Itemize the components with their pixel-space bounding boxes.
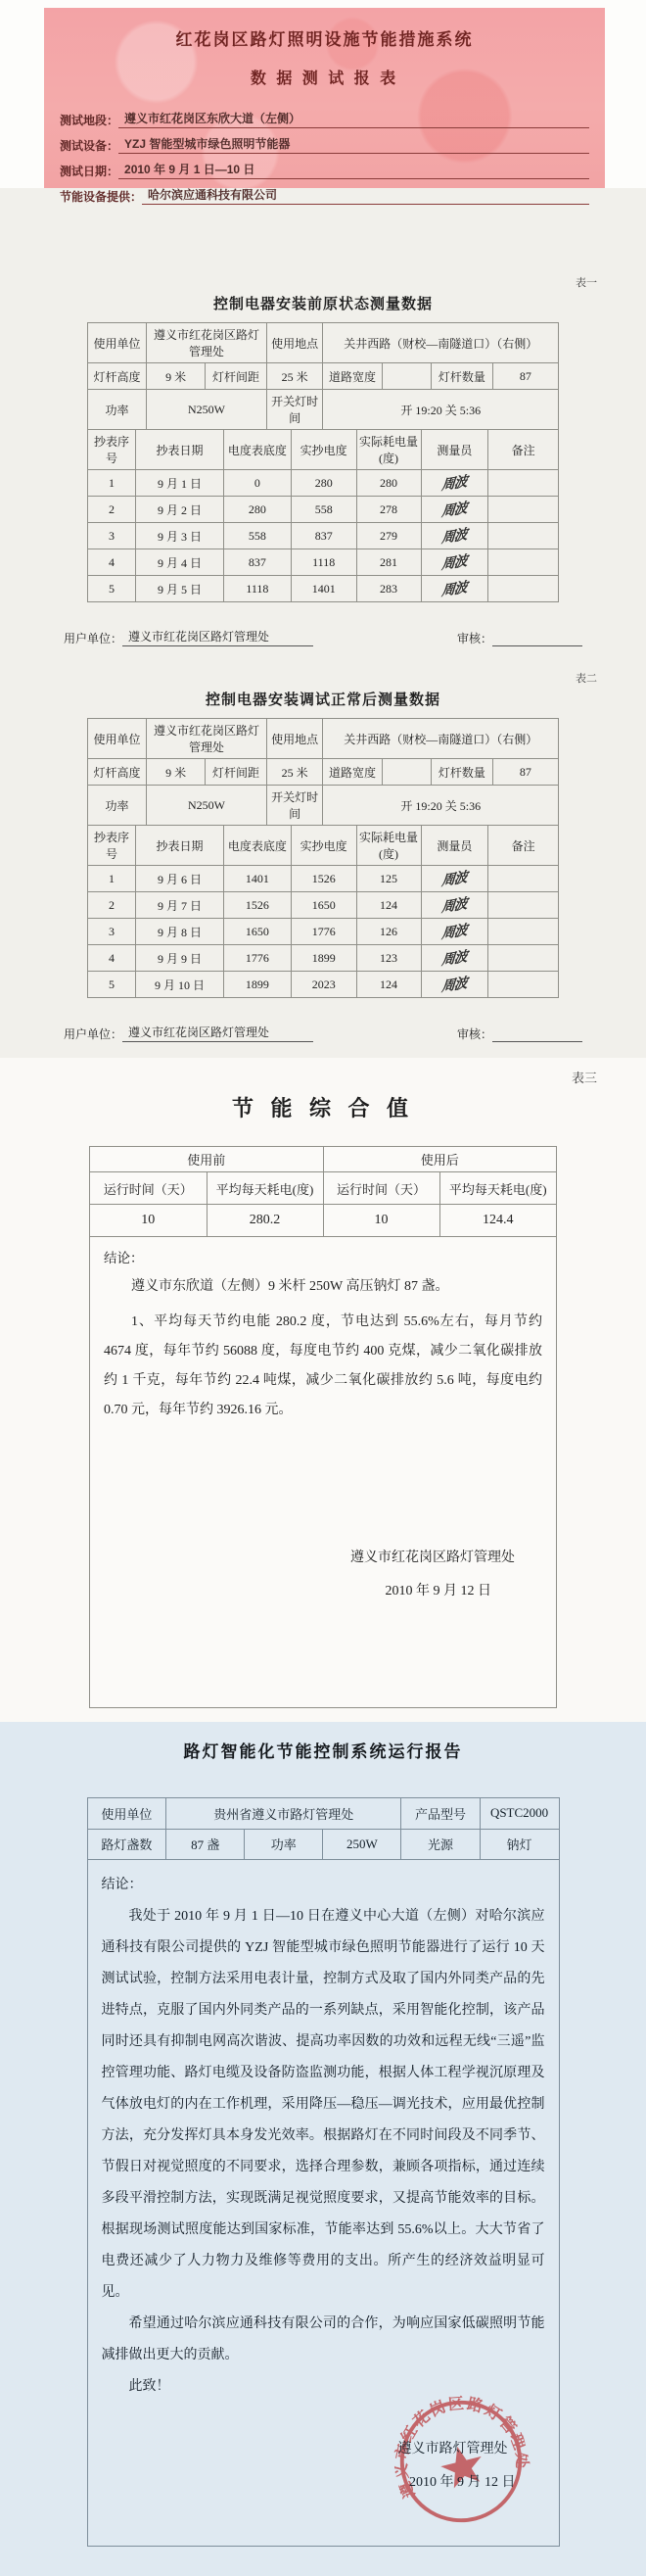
value-cell: N250W — [147, 786, 267, 826]
cell: 837 — [291, 523, 356, 549]
cell: 1526 — [291, 866, 356, 892]
user-unit-value: 遵义市红花岗区路灯管理处 — [122, 1024, 313, 1042]
cell: 124 — [356, 972, 421, 998]
cell — [488, 523, 559, 549]
report-cover-card: 红花岗区路灯照明设施节能措施系统 数 据 测 试 报 表 测试地段： 遵义市红花… — [44, 8, 605, 188]
col-header: 备注 — [488, 826, 559, 866]
label-cell: 灯杆数量 — [432, 759, 493, 786]
label-cell: 开关灯时间 — [266, 786, 323, 826]
measurer-signature: 周波 — [441, 550, 468, 575]
table2-info: 使用单位 遵义市红花岗区路灯管理处 使用地点 关井西路（财校—南隧道口）（右侧）… — [87, 718, 559, 826]
value-cell: 关井西路（财校—南隧道口）（右侧） — [323, 719, 559, 759]
col-header: 测量员 — [421, 826, 488, 866]
cell: 9 月 9 日 — [136, 945, 224, 972]
cell — [488, 945, 559, 972]
field-label: 节能设备提供： — [60, 188, 142, 205]
cell: 周波 — [421, 945, 488, 972]
table-header-row: 抄表序号 抄表日期 电度表底度 实抄电度 实际耗电量(度) 测量员 备注 — [88, 430, 559, 470]
field-value: 2010 年 9 月 1 日—10 日 — [118, 161, 589, 179]
table-row: 1 9 月 1 日 0 280 280 周波 — [88, 470, 559, 497]
field-test-location: 测试地段： 遵义市红花岗区东欣大道（左侧） — [60, 110, 589, 128]
cell: 周波 — [421, 972, 488, 998]
cell: 126 — [356, 919, 421, 945]
col-header: 电度表底度 — [223, 430, 291, 470]
label-cell: 产品型号 — [401, 1798, 480, 1829]
cell: 279 — [356, 523, 421, 549]
table3-tag: 表三 — [0, 1068, 646, 1086]
report-info-table: 使用单位 贵州省遵义市路灯管理处 产品型号 QSTC2000 路灯盏数 87 盏… — [88, 1798, 559, 1860]
cell: 周波 — [421, 523, 488, 549]
signature-date: 2010 年 9 月 12 日 — [104, 1580, 491, 1599]
field-value: 哈尔滨应通科技有限公司 — [142, 186, 589, 205]
cell — [488, 576, 559, 602]
table-row: 4 9 月 9 日 1776 1899 123 周波 — [88, 945, 559, 972]
cover-fields: 测试地段： 遵义市红花岗区东欣大道（左侧） 测试设备： YZJ 智能型城市绿色照… — [60, 110, 589, 205]
table-row: 4 9 月 4 日 837 1118 281 周波 — [88, 549, 559, 576]
cell: 3 — [88, 919, 136, 945]
label-cell: 灯杆间距 — [206, 363, 267, 390]
official-seal-stamp: 遵义市红花岗区路灯管理处 — [380, 2380, 541, 2542]
table1-block: 表一 控制电器安装前原状态测量数据 使用单位 遵义市红花岗区路灯管理处 使用地点… — [0, 274, 646, 646]
measurer-signature: 周波 — [441, 471, 468, 496]
label-cell: 灯杆高度 — [88, 759, 147, 786]
measurer-signature: 周波 — [441, 867, 468, 891]
col-header: 备注 — [488, 430, 559, 470]
value-cell: 10 — [323, 1205, 439, 1237]
measurer-signature: 周波 — [441, 946, 468, 971]
cell: 9 月 5 日 — [136, 576, 224, 602]
cell: 9 月 4 日 — [136, 549, 224, 576]
report-signature: 遵义市红花岗区路灯管理处 遵义市路灯管理处 2010 年 9 月 12 日 — [102, 2410, 545, 2540]
cell: 2 — [88, 892, 136, 919]
cell: 周波 — [421, 866, 488, 892]
value-cell: 9 米 — [147, 363, 206, 390]
cell: 3 — [88, 523, 136, 549]
cell: 4 — [88, 549, 136, 576]
value-cell: 贵州省遵义市路灯管理处 — [166, 1798, 401, 1829]
label-cell: 功率 — [88, 786, 147, 826]
field-device-provider: 节能设备提供： 哈尔滨应通科技有限公司 — [60, 186, 589, 205]
cell: 周波 — [421, 919, 488, 945]
value-cell: 开 19:20 关 5:36 — [323, 786, 559, 826]
cell — [488, 972, 559, 998]
value-cell: 钠灯 — [480, 1829, 558, 1859]
cell: 1650 — [223, 919, 291, 945]
col-header: 电度表底度 — [223, 826, 291, 866]
value-cell: 87 盏 — [166, 1829, 245, 1859]
cell: 2023 — [291, 972, 356, 998]
report-title-line2: 数 据 测 试 报 表 — [60, 66, 589, 88]
cell: 1118 — [223, 576, 291, 602]
label-cell: 开关灯时间 — [266, 390, 323, 430]
table-row: 5 9 月 10 日 1899 2023 124 周波 — [88, 972, 559, 998]
cell: 9 月 7 日 — [136, 892, 224, 919]
col-header: 平均每天耗电(度) — [439, 1172, 556, 1205]
cell — [488, 497, 559, 523]
label-cell: 使用地点 — [266, 719, 323, 759]
cell: 281 — [356, 549, 421, 576]
user-unit-value: 遵义市红花岗区路灯管理处 — [122, 628, 313, 646]
table-row: 3 9 月 3 日 558 837 279 周波 — [88, 523, 559, 549]
table1-footer: 用户单位： 遵义市红花岗区路灯管理处 审核： — [64, 628, 582, 646]
cell: 1118 — [291, 549, 356, 576]
col-header: 实际耗电量(度) — [356, 430, 421, 470]
cell: 5 — [88, 576, 136, 602]
value-cell: 25 米 — [266, 759, 323, 786]
report-title: 路灯智能化节能控制系统运行报告 — [0, 1738, 646, 1762]
conclusion-label: 结论： — [102, 1870, 545, 1901]
cell: 周波 — [421, 892, 488, 919]
table-row: 1 9 月 6 日 1401 1526 125 周波 — [88, 866, 559, 892]
field-test-device: 测试设备： YZJ 智能型城市绿色照明节能器 — [60, 135, 589, 154]
cell: 1401 — [291, 576, 356, 602]
report-title-line1: 红花岗区路灯照明设施节能措施系统 — [60, 25, 589, 50]
cell: 124 — [356, 892, 421, 919]
value-cell: 87 — [492, 363, 558, 390]
table-row: 2 9 月 7 日 1526 1650 124 周波 — [88, 892, 559, 919]
cell: 9 月 6 日 — [136, 866, 224, 892]
label-cell: 灯杆高度 — [88, 363, 147, 390]
cell: 5 — [88, 972, 136, 998]
value-cell: 关井西路（财校—南隧道口）（右侧） — [323, 323, 559, 363]
report-paragraph-2: 希望通过哈尔滨应通科技有限公司的合作，为响应国家低碳照明节能减排做出更大的贡献。 — [102, 2309, 545, 2371]
cell: 283 — [356, 576, 421, 602]
cell: 1526 — [223, 892, 291, 919]
cell: 837 — [223, 549, 291, 576]
col-header: 抄表日期 — [136, 430, 224, 470]
measurement-tables-section: 表一 控制电器安装前原状态测量数据 使用单位 遵义市红花岗区路灯管理处 使用地点… — [0, 188, 646, 1058]
field-label: 测试设备： — [60, 137, 118, 154]
value-cell: 124.4 — [439, 1205, 556, 1237]
label-cell: 使用单位 — [88, 323, 147, 363]
cell — [488, 866, 559, 892]
col-header: 运行时间（天） — [323, 1172, 439, 1205]
report-conclusion: 结论： 我处于 2010 年 9 月 1 日—10 日在遵义中心大道（左侧）对哈… — [88, 1860, 559, 2546]
review-blank-line — [492, 633, 582, 646]
conclusion-line: 遵义市东欣道（左侧）9 米杆 250W 高压钠灯 87 盏。 — [104, 1272, 542, 1302]
table1-tag: 表一 — [0, 274, 646, 290]
measurer-signature: 周波 — [441, 524, 468, 549]
signature-org: 遵义市红花岗区路灯管理处 — [104, 1547, 515, 1566]
label-cell: 使用单位 — [88, 1798, 166, 1829]
cell: 1 — [88, 866, 136, 892]
review-label: 审核： — [457, 630, 492, 646]
value-cell: 25 米 — [266, 363, 323, 390]
label-cell: 使用地点 — [266, 323, 323, 363]
user-unit-label: 用户单位： — [64, 1026, 122, 1042]
cell: 周波 — [421, 549, 488, 576]
cell: 558 — [223, 523, 291, 549]
table2-block: 表二 控制电器安装调试正常后测量数据 使用单位 遵义市红花岗区路灯管理处 使用地… — [0, 670, 646, 1042]
cell — [488, 470, 559, 497]
value-cell: 87 — [492, 759, 558, 786]
label-cell: 路灯盏数 — [88, 1829, 166, 1859]
conclusion-item: 1、平均每天节约电能 280.2 度，节电达到 55.6%左右，每月节约 467… — [104, 1308, 542, 1425]
label-cell: 灯杆间距 — [206, 759, 267, 786]
col-header: 抄表序号 — [88, 826, 136, 866]
report-paragraph-1: 我处于 2010 年 9 月 1 日—10 日在遵义中心大道（左侧）对哈尔滨应通… — [102, 1901, 545, 2309]
table-row: 5 9 月 5 日 1118 1401 283 周波 — [88, 576, 559, 602]
cell: 558 — [291, 497, 356, 523]
scanned-report-page: 红花岗区路灯照明设施节能措施系统 数 据 测 试 报 表 测试地段： 遵义市红花… — [0, 0, 646, 2576]
field-label: 测试地段： — [60, 112, 118, 128]
field-test-date: 测试日期： 2010 年 9 月 1 日—10 日 — [60, 161, 589, 179]
cell: 1 — [88, 470, 136, 497]
table-row: 3 9 月 8 日 1650 1776 126 周波 — [88, 919, 559, 945]
col-header: 抄表序号 — [88, 430, 136, 470]
cell: 周波 — [421, 497, 488, 523]
table2-tag: 表二 — [0, 670, 646, 686]
energy-summary-section: 表三 节 能 综 合 值 使用前 使用后 运行时间（天） 平均每天耗电(度) 运… — [0, 1058, 646, 1722]
label-cell: 道路宽度 — [323, 759, 382, 786]
value-cell — [382, 363, 432, 390]
measurer-signature: 周波 — [441, 973, 468, 997]
cell: 1899 — [223, 972, 291, 998]
operation-report-section: 路灯智能化节能控制系统运行报告 使用单位 贵州省遵义市路灯管理处 产品型号 QS… — [0, 1722, 646, 2576]
field-value: YZJ 智能型城市绿色照明节能器 — [118, 135, 589, 154]
table1-title: 控制电器安装前原状态测量数据 — [0, 293, 646, 313]
user-unit-label: 用户单位： — [64, 630, 122, 646]
cell: 0 — [223, 470, 291, 497]
cell: 9 月 8 日 — [136, 919, 224, 945]
table3-box: 使用前 使用后 运行时间（天） 平均每天耗电(度) 运行时间（天） 平均每天耗电… — [89, 1146, 557, 1708]
cell: 周波 — [421, 576, 488, 602]
review-blank-line — [492, 1028, 582, 1042]
measurer-signature: 周波 — [441, 893, 468, 918]
cell — [488, 549, 559, 576]
review-label: 审核： — [457, 1026, 492, 1042]
cell: 125 — [356, 866, 421, 892]
measurer-signature: 周波 — [441, 920, 468, 944]
cell — [488, 919, 559, 945]
table2-title: 控制电器安装调试正常后测量数据 — [0, 689, 646, 709]
cell: 9 月 3 日 — [136, 523, 224, 549]
col-header: 平均每天耗电(度) — [207, 1172, 323, 1205]
cell — [488, 892, 559, 919]
col-header: 实抄电度 — [291, 430, 356, 470]
group-header: 使用前 — [90, 1147, 323, 1172]
value-cell: N250W — [147, 390, 267, 430]
cell: 280 — [356, 470, 421, 497]
cell: 1776 — [223, 945, 291, 972]
table2-data: 抄表序号 抄表日期 电度表底度 实抄电度 实际耗电量(度) 测量员 备注 1 9… — [87, 826, 559, 998]
cell: 1899 — [291, 945, 356, 972]
table1-info: 使用单位 遵义市红花岗区路灯管理处 使用地点 关井西路（财校—南隧道口）（右侧）… — [87, 322, 559, 430]
value-cell: 开 19:20 关 5:36 — [323, 390, 559, 430]
group-header: 使用后 — [323, 1147, 556, 1172]
cell: 9 月 1 日 — [136, 470, 224, 497]
cell: 278 — [356, 497, 421, 523]
measurer-signature: 周波 — [441, 498, 468, 522]
table3-conclusion: 结论： 遵义市东欣道（左侧）9 米杆 250W 高压钠灯 87 盏。 1、平均每… — [90, 1237, 556, 1707]
cell: 280 — [291, 470, 356, 497]
value-cell: 250W — [323, 1829, 401, 1859]
col-header: 运行时间（天） — [90, 1172, 207, 1205]
measurer-signature: 周波 — [441, 577, 468, 601]
table3-data: 使用前 使用后 运行时间（天） 平均每天耗电(度) 运行时间（天） 平均每天耗电… — [90, 1147, 556, 1237]
value-cell: QSTC2000 — [480, 1798, 558, 1829]
cell: 1650 — [291, 892, 356, 919]
field-value: 遵义市红花岗区东欣大道（左侧） — [118, 110, 589, 128]
cell: 1401 — [223, 866, 291, 892]
value-cell: 10 — [90, 1205, 207, 1237]
value-cell: 9 米 — [147, 759, 206, 786]
signature-date: 2010 年 9 月 12 日 — [409, 2471, 516, 2491]
value-cell: 280.2 — [207, 1205, 323, 1237]
label-cell: 使用单位 — [88, 719, 147, 759]
cell: 9 月 2 日 — [136, 497, 224, 523]
table3-title: 节 能 综 合 值 — [0, 1092, 646, 1122]
table-header-row: 抄表序号 抄表日期 电度表底度 实抄电度 实际耗电量(度) 测量员 备注 — [88, 826, 559, 866]
label-cell: 道路宽度 — [323, 363, 382, 390]
cell: 4 — [88, 945, 136, 972]
value-cell — [382, 759, 432, 786]
table-row: 2 9 月 2 日 280 558 278 周波 — [88, 497, 559, 523]
cell: 280 — [223, 497, 291, 523]
col-header: 实际耗电量(度) — [356, 826, 421, 866]
table1-data: 抄表序号 抄表日期 电度表底度 实抄电度 实际耗电量(度) 测量员 备注 1 9… — [87, 430, 559, 602]
cell: 9 月 10 日 — [136, 972, 224, 998]
value-cell: 遵义市红花岗区路灯管理处 — [147, 719, 267, 759]
col-header: 实抄电度 — [291, 826, 356, 866]
value-cell: 遵义市红花岗区路灯管理处 — [147, 323, 267, 363]
col-header: 测量员 — [421, 430, 488, 470]
cell: 123 — [356, 945, 421, 972]
label-cell: 功率 — [245, 1829, 323, 1859]
label-cell: 光源 — [401, 1829, 480, 1859]
label-cell: 功率 — [88, 390, 147, 430]
cell: 2 — [88, 497, 136, 523]
col-header: 抄表日期 — [136, 826, 224, 866]
table2-footer: 用户单位： 遵义市红花岗区路灯管理处 审核： — [64, 1024, 582, 1042]
cell: 1776 — [291, 919, 356, 945]
field-label: 测试日期： — [60, 163, 118, 179]
table3-signature: 遵义市红花岗区路灯管理处 2010 年 9 月 12 日 — [104, 1547, 542, 1693]
signature-org: 遵义市路灯管理处 — [398, 2438, 508, 2457]
cell: 周波 — [421, 470, 488, 497]
label-cell: 灯杆数量 — [432, 363, 493, 390]
report-box: 使用单位 贵州省遵义市路灯管理处 产品型号 QSTC2000 路灯盏数 87 盏… — [87, 1797, 560, 2547]
conclusion-label: 结论： — [104, 1247, 542, 1266]
